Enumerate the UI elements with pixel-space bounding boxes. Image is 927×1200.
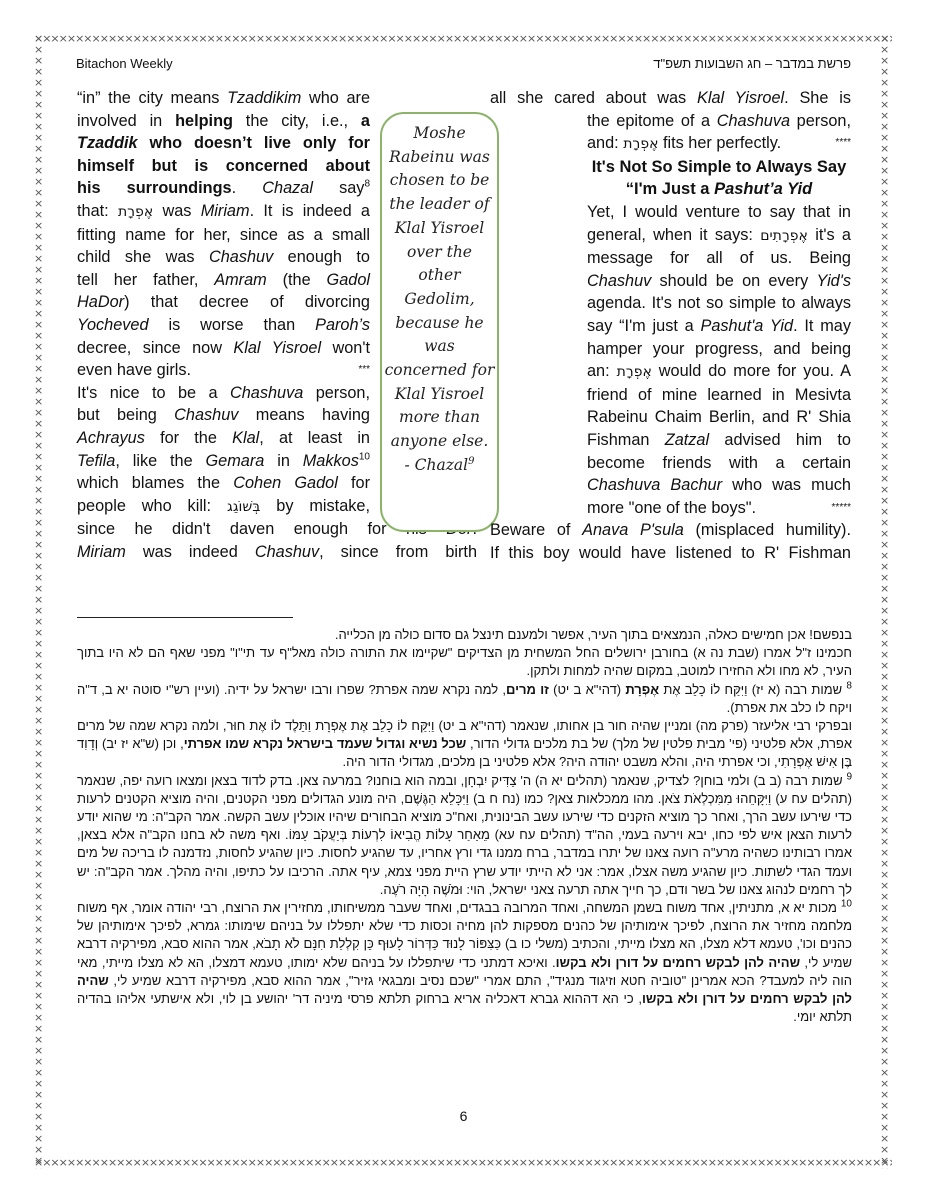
border-top: ××××××××××××××××××××××××××××××××××××××××… <box>34 33 892 45</box>
footnote-number: 10 <box>841 899 852 910</box>
text-run: all she cared about was <box>490 89 697 107</box>
text-line: “in” the city means Tzaddikim who are <box>77 87 370 110</box>
text-run: the city, i.e., <box>233 112 361 130</box>
text-run: Tzaddik <box>77 134 138 152</box>
text-run: Klal Yisroel <box>697 89 784 107</box>
text-line: his surroundings. Chazal say8 <box>77 177 370 200</box>
text-run: Klal <box>232 429 259 447</box>
section-heading-line: It's Not So Simple to Always Say <box>587 156 851 179</box>
text-run: that: <box>77 202 118 220</box>
text-run: in <box>264 452 302 470</box>
text-line: Chashuva Bachur who was much <box>587 474 851 497</box>
running-header: Bitachon Weekly פרשת במדבר – חג השבועות … <box>76 56 851 76</box>
text-run: the epitome of a <box>587 112 717 130</box>
quote-line: the leader of <box>382 193 497 217</box>
text-run: It's Not So Simple to Always Say <box>592 158 847 176</box>
text-line: *****more "one of the boys". <box>587 497 851 520</box>
text-line: Achrayus for the Klal, at least in <box>77 427 370 450</box>
quote-line: other <box>382 264 497 288</box>
text-run: , since from birth <box>319 543 477 561</box>
text-run: message for all of us. Being <box>587 249 851 267</box>
publication-title: Bitachon Weekly <box>76 56 173 71</box>
border-left: ××××××××××××××××××××××××××××××××××××××××… <box>34 33 46 1169</box>
text-line: HaDor) that decree of divorcing <box>77 291 370 314</box>
text-run: . It is indeed a <box>250 202 370 220</box>
hebrew-term: אֶפְרָתִים <box>760 228 808 244</box>
text-run: Chashuv <box>587 272 651 290</box>
text-run: (the <box>267 271 327 289</box>
text-line: involved in helping the city, i.e., a <box>77 110 370 133</box>
text-run: a <box>361 112 370 130</box>
quote-line: because he <box>382 312 497 336</box>
text-run: hamper your progress, and being <box>587 340 851 358</box>
text-run: Klal Yisroel <box>233 339 321 357</box>
quote-line: - Chazal9 <box>382 454 497 478</box>
footnote-paragraph: בנפשם! אכן חמישים כאלה, הנמצאים בתוך העי… <box>77 626 852 644</box>
text-run: Gadol <box>327 271 370 289</box>
text-run: Tefila <box>77 452 115 470</box>
text-line: agenda. It's not so simple to always <box>587 292 851 315</box>
text-line: Yocheved is worse than Paroh’s <box>77 314 370 337</box>
text-run: say <box>313 179 364 197</box>
text-line: Tefila, like the Gemara in Makkos10 <box>77 450 370 473</box>
text-run: Pashut’a Yid <box>714 180 812 198</box>
text-run: Pashut'a Yid <box>701 317 794 335</box>
text-run: Chashuv <box>174 406 238 424</box>
text-run: for <box>338 474 370 492</box>
quote-line: over the <box>382 241 497 265</box>
text-line: but being Chashuv means having <box>77 404 370 427</box>
section-heading-line: “I'm Just a Pashut’a Yid <box>587 178 851 201</box>
text-run: . It may <box>793 317 851 335</box>
text-run: Anava P'sula <box>582 521 684 539</box>
section-break-stars: **** <box>835 132 851 155</box>
footnote-ref: 10 <box>359 451 370 462</box>
hebrew-term: אֶפְרָת <box>623 136 658 152</box>
text-line: which blames the Cohen Gadol for <box>77 472 370 495</box>
footnotes: בנפשם! אכן חמישים כאלה, הנמצאים בתוך העי… <box>77 626 852 1026</box>
pull-quote-box: MosheRabeinu waschosen to bethe leader o… <box>380 112 499 532</box>
quote-line: Gedolim, <box>382 288 497 312</box>
text-run: HaDor <box>77 293 124 311</box>
text-line: message for all of us. Being <box>587 247 851 270</box>
text-run: , like the <box>115 452 205 470</box>
section-break-stars: ***** <box>832 497 851 520</box>
text-run: decree, since now <box>77 339 233 357</box>
right-column: all she cared about was Klal Yisroel. Sh… <box>490 87 851 564</box>
text-run: but being <box>77 406 174 424</box>
text-run: Chashuva <box>717 112 790 130</box>
quote-line: more than <box>382 406 497 430</box>
quote-line: Klal Yisroel <box>382 217 497 241</box>
text-line: Rabeinu Chaim Berlin, and R' Shia <box>587 406 851 429</box>
text-run: Miriam <box>201 202 250 220</box>
text-run: ) that decree of divorcing <box>124 293 370 311</box>
text-run: (misplaced humility). <box>684 521 851 539</box>
text-run: by mistake, <box>260 497 370 515</box>
text-run: child she was <box>77 248 209 266</box>
text-run: “I'm Just a <box>626 180 714 198</box>
text-run: שהיה להן לבקש רחמים על דורן ולא בקשו <box>556 955 801 970</box>
quote-line: concerned for <box>382 359 497 383</box>
text-line: Yet, I would venture to say that in <box>587 201 851 224</box>
text-run: fitting name for her, since as a small <box>77 226 370 244</box>
text-line: Chashuv should be on every Yid's <box>587 270 851 293</box>
text-run: Cohen Gadol <box>233 474 338 492</box>
text-run: Gemara <box>206 452 265 470</box>
text-run: “in” the city means <box>77 89 227 107</box>
text-run: and: <box>587 134 623 152</box>
hebrew-term: בְּשׁוֹגֵג <box>227 499 260 515</box>
text-run: , at least in <box>259 429 370 447</box>
text-line: decree, since now Klal Yisroel won't <box>77 337 370 360</box>
text-run: Makkos <box>303 452 359 470</box>
border-right: ××××××××××××××××××××××××××××××××××××××××… <box>880 33 892 1169</box>
text-run: should be on every <box>651 272 816 290</box>
border-bottom: ××××××××××××××××××××××××××××××××××××××××… <box>34 1157 892 1169</box>
text-run: who doesn’t live only for <box>138 134 370 152</box>
quote-line: was <box>382 335 497 359</box>
text-run: for the <box>145 429 232 447</box>
text-run: was <box>153 202 201 220</box>
text-line: an: אֶפְרָת would do more for you. A <box>587 360 851 384</box>
text-run: Yid's <box>817 272 852 290</box>
quote-line: Rabeinu was <box>382 146 497 170</box>
text-run: people who kill: <box>77 497 227 515</box>
text-run: It's nice to be a <box>77 384 230 402</box>
text-run: enough to <box>273 248 370 266</box>
text-run: אֶפְרָת <box>625 682 659 697</box>
text-run: Tzaddikim <box>227 89 301 107</box>
text-line: ****and: אֶפְרָת fits her perfectly. <box>587 132 851 156</box>
footnote-paragraph: 10 מכות יא א, מתניתין, אחד משוח בשמן המש… <box>77 899 852 1026</box>
quote-line: Klal Yisroel <box>382 383 497 407</box>
text-line: It's nice to be a Chashuva person, <box>77 382 370 405</box>
text-run: . She is <box>784 89 851 107</box>
text-line: Fishman Zatzal advised him to <box>587 429 851 452</box>
text-run: is worse than <box>149 316 316 334</box>
text-run: שמות רבה (ב ב) ולמי בוחן? לצדיק, שנאמר (… <box>77 773 852 897</box>
text-line: friend of mine learned in Mesivta <box>587 384 851 407</box>
text-run: If this boy would have listened to R' Fi… <box>490 544 851 562</box>
text-run: זו מרים <box>506 682 549 697</box>
text-run: Beware of <box>490 521 582 539</box>
text-line: If this boy would have listened to R' Fi… <box>490 542 851 565</box>
text-run: who are <box>301 89 370 107</box>
text-run: שכל נשיא וגדול שעמד בישראל נקרא שמו אפרת… <box>184 736 467 751</box>
text-run: Chashuva <box>230 384 303 402</box>
section-break-stars: *** <box>358 359 370 382</box>
text-run: Amram <box>214 271 266 289</box>
text-line: tell her father, Amram (the Gadol <box>77 269 370 292</box>
text-run: Rabeinu Chaim Berlin, and R' Shia <box>587 408 851 426</box>
page-number: 6 <box>0 1108 927 1124</box>
text-run: tell her father, <box>77 271 214 289</box>
footnote-paragraph: ובפרקי רבי אליעזר (פרק מה) ומניין שהיה ח… <box>77 717 852 772</box>
text-line: himself but is concerned about <box>77 155 370 178</box>
text-run: Chashuv <box>209 248 273 266</box>
text-run: Achrayus <box>77 429 145 447</box>
footnote-number: 8 <box>846 680 852 691</box>
text-run: helping <box>175 112 233 130</box>
footnote-ref: 9 <box>468 456 474 467</box>
text-run: Yocheved <box>77 316 149 334</box>
text-run: himself but is concerned about <box>77 157 370 175</box>
text-run: agenda. It's not so simple to always <box>587 294 851 312</box>
text-run: Paroh’s <box>315 316 370 334</box>
text-line: say “I'm just a Pashut'a Yid. It may <box>587 315 851 338</box>
quote-line: Moshe <box>382 122 497 146</box>
text-line: that: אֶפְרָת was Miriam. It is indeed a <box>77 200 370 224</box>
text-run: would do more for you. A <box>652 362 851 380</box>
text-run: more "one of the boys". <box>587 499 756 517</box>
text-run: (דהי"א ב יט) <box>549 682 625 697</box>
parsha-title: פרשת במדבר – חג השבועות תשפ"ד <box>653 56 851 71</box>
text-run: who was much <box>722 476 851 494</box>
text-run: Chashuv <box>255 543 319 561</box>
text-run: fits her perfectly. <box>658 134 781 152</box>
text-run: friend of mine learned in Mesivta <box>587 386 851 404</box>
text-run: involved in <box>77 112 175 130</box>
text-run: Yet, I would venture to say that in <box>587 203 851 221</box>
text-line: the epitome of a Chashuva person, <box>587 110 851 133</box>
text-run: won't <box>321 339 370 357</box>
text-run: an: <box>587 362 617 380</box>
footnote-paragraph: 8 שמות רבה (א יז) וַיִּקַּח לוֹ כָלֵב אֶ… <box>77 681 852 717</box>
text-run: it's a <box>808 226 851 244</box>
text-line: hamper your progress, and being <box>587 338 851 361</box>
text-run: say “I'm just a <box>587 317 701 335</box>
text-line: general, when it says: אֶפְרָתִים it's a <box>587 224 851 248</box>
text-run: בנפשם! אכן חמישים כאלה, הנמצאים בתוך העי… <box>335 627 852 642</box>
text-run: become friends with a certain <box>587 454 851 472</box>
quote-line: chosen to be <box>382 169 497 193</box>
text-run: even have girls. <box>77 361 191 379</box>
text-line: Tzaddik who doesn’t live only for <box>77 132 370 155</box>
footnote-number: 9 <box>846 771 852 782</box>
text-run: his surroundings <box>77 179 232 197</box>
text-run: person, <box>303 384 370 402</box>
text-run: advised him to <box>709 431 851 449</box>
quote-line: anyone else. <box>382 430 497 454</box>
text-run: means having <box>238 406 370 424</box>
text-line: people who kill: בְּשׁוֹגֵג by mistake, <box>77 495 370 519</box>
text-run: שמות רבה (א יז) וַיִּקַּח לוֹ כָלֵב אֶת <box>659 682 842 697</box>
text-run: Fishman <box>587 431 665 449</box>
footnote-paragraph: חכמינו ז"ל אמרו (שבת נה א) בחורבן ירושלי… <box>77 644 852 680</box>
footnote-separator <box>77 617 293 618</box>
text-run: Chashuva Bachur <box>587 476 722 494</box>
text-line: Miriam was indeed Chashuv, since from bi… <box>77 541 477 564</box>
text-run: was indeed <box>126 543 255 561</box>
footnote-ref: 8 <box>364 179 370 190</box>
text-run: Zatzal <box>665 431 709 449</box>
text-line: Beware of Anava P'sula (misplaced humili… <box>490 519 851 542</box>
text-run: general, when it says: <box>587 226 760 244</box>
footnote-paragraph: 9 שמות רבה (ב ב) ולמי בוחן? לצדיק, שנאמר… <box>77 772 852 899</box>
hebrew-term: אֶפְרָת <box>118 204 153 220</box>
text-run: . <box>232 179 263 197</box>
left-column: “in” the city means Tzaddikim who areinv… <box>77 87 370 563</box>
text-line: ***even have girls. <box>77 359 370 382</box>
hebrew-term: אֶפְרָת <box>617 364 652 380</box>
text-run: Chazal <box>262 179 313 197</box>
text-line: child she was Chashuv enough to <box>77 246 370 269</box>
text-line: all she cared about was Klal Yisroel. Sh… <box>490 87 851 110</box>
text-line: become friends with a certain <box>587 452 851 475</box>
text-run: Miriam <box>77 543 126 561</box>
text-run: person, <box>790 112 851 130</box>
text-run: חכמינו ז"ל אמרו (שבת נה א) בחורבן ירושלי… <box>77 645 852 678</box>
text-run: which blames the <box>77 474 233 492</box>
text-line: fitting name for her, since as a small <box>77 224 370 247</box>
